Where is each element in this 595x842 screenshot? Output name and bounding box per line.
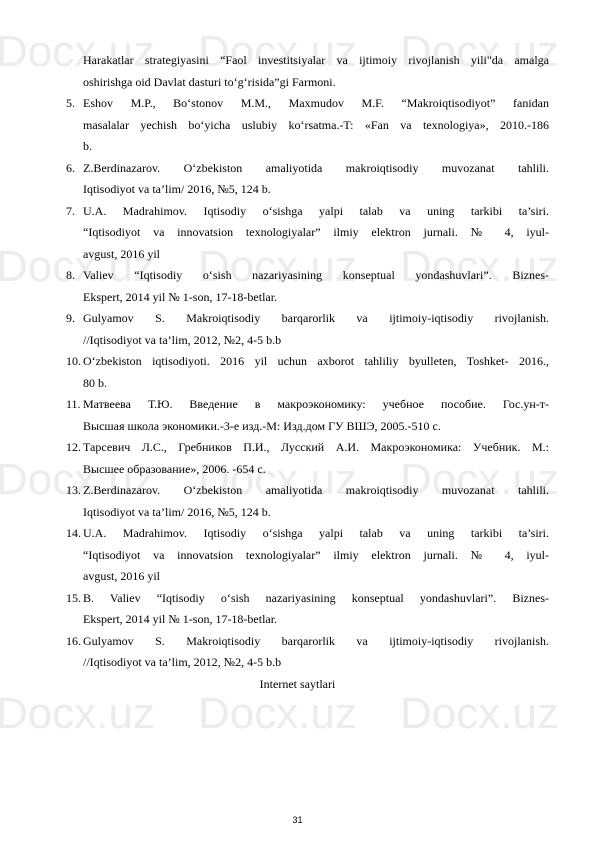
watermark-text: Docx.uz	[400, 692, 559, 736]
reference-number: 15.	[66, 591, 81, 605]
reference-line: //Iqtisodiyot va ta’lim, 2012, №2, 4-5 b…	[83, 655, 549, 669]
watermark-text: Docx.uz	[0, 30, 155, 74]
reference-number: 14.	[66, 526, 81, 540]
reference-number: 16.	[66, 634, 81, 648]
reference-line: Высшая школа экономики.-3-е изд.-М: Изд.…	[83, 419, 549, 433]
watermark-row: Docx.uzDocx.uzDocx.uz	[0, 30, 595, 74]
watermark-row: Docx.uzDocx.uzDocx.uz	[0, 692, 595, 736]
reference-line: U.A. Madrahimov. Iqtisodiy o‘sishga yalp…	[83, 204, 549, 218]
watermark-text: Docx.uz	[198, 30, 357, 74]
watermark-text: Docx.uz	[0, 692, 155, 736]
page-number: 31	[0, 815, 595, 825]
reference-number: 7.	[66, 204, 75, 218]
reference-line: Iqtisodiyot va ta’lim/ 2016, №5, 124 b.	[83, 505, 549, 519]
reference-line: avgust, 2016 yil	[83, 247, 549, 261]
reference-number: 9.	[66, 311, 75, 325]
intro-line: Harakatlar strategiyasini “Faol investit…	[83, 53, 549, 67]
reference-line: U.A. Madrahimov. Iqtisodiy o‘sishga yalp…	[83, 526, 549, 540]
reference-line: Eshov M.P., Bo‘stonov M.M., Maxmudov M.F…	[83, 96, 549, 110]
reference-line: O‘zbekiston iqtisodiyoti. 2016 yil uchun…	[83, 354, 549, 368]
reference-line: 80 b.	[83, 376, 549, 390]
reference-line: “Iqtisodiyot va innovatsion texnologiyal…	[83, 548, 549, 562]
reference-number: 13.	[66, 483, 81, 497]
reference-number: 5.	[66, 96, 75, 110]
reference-line: Тарсевич Л.С., Гребников П.И., Лусский А…	[83, 440, 549, 454]
reference-line: avgust, 2016 yil	[83, 569, 549, 583]
reference-line: B. Valiev “Iqtisodiy o‘sish nazariyasini…	[83, 591, 549, 605]
reference-line: Valiev “Iqtisodiy o‘sish nazariyasining …	[83, 268, 549, 282]
intro-line: oshirishga oid Davlat dasturi to‘g‘risid…	[83, 75, 549, 89]
reference-line: Gulyamov S. Makroiqtisodiy barqarorlik v…	[83, 311, 549, 325]
watermark-text: Docx.uz	[198, 692, 357, 736]
reference-line: Gulyamov S. Makroiqtisodiy barqarorlik v…	[83, 634, 549, 648]
reference-line: “Iqtisodiyot va innovatsion texnologiyal…	[83, 225, 549, 239]
reference-line: b.	[83, 139, 549, 153]
section-heading: Internet saytlari	[0, 677, 595, 691]
reference-line: Высшее образование», 2006. -654 с.	[83, 462, 549, 476]
reference-number: 12.	[66, 440, 81, 454]
reference-line: Ekspert, 2014 yil № 1-son, 17-18-betlar.	[83, 612, 549, 626]
reference-line: Ekspert, 2014 yil № 1-son, 17-18-betlar.	[83, 290, 549, 304]
reference-line: Z.Berdinazarov. O‘zbekiston amaliyotida …	[83, 483, 549, 497]
reference-line: masalalar yechish bo‘yicha uslubiy ko‘rs…	[83, 118, 549, 132]
reference-number: 10.	[66, 354, 81, 368]
reference-line: Матвеева Т.Ю. Введение в макроэкономику:…	[83, 397, 549, 411]
reference-line: //Iqtisodiyot va ta’lim, 2012, №2, 4-5 b…	[83, 333, 549, 347]
reference-number: 8.	[66, 268, 75, 282]
reference-number: 6.	[66, 161, 75, 175]
reference-line: Iqtisodiyot va ta’lim/ 2016, №5, 124 b.	[83, 182, 549, 196]
reference-number: 11.	[66, 397, 81, 411]
watermark-text: Docx.uz	[400, 30, 559, 74]
reference-line: Z.Berdinazarov. O‘zbekiston amaliyotida …	[83, 161, 549, 175]
